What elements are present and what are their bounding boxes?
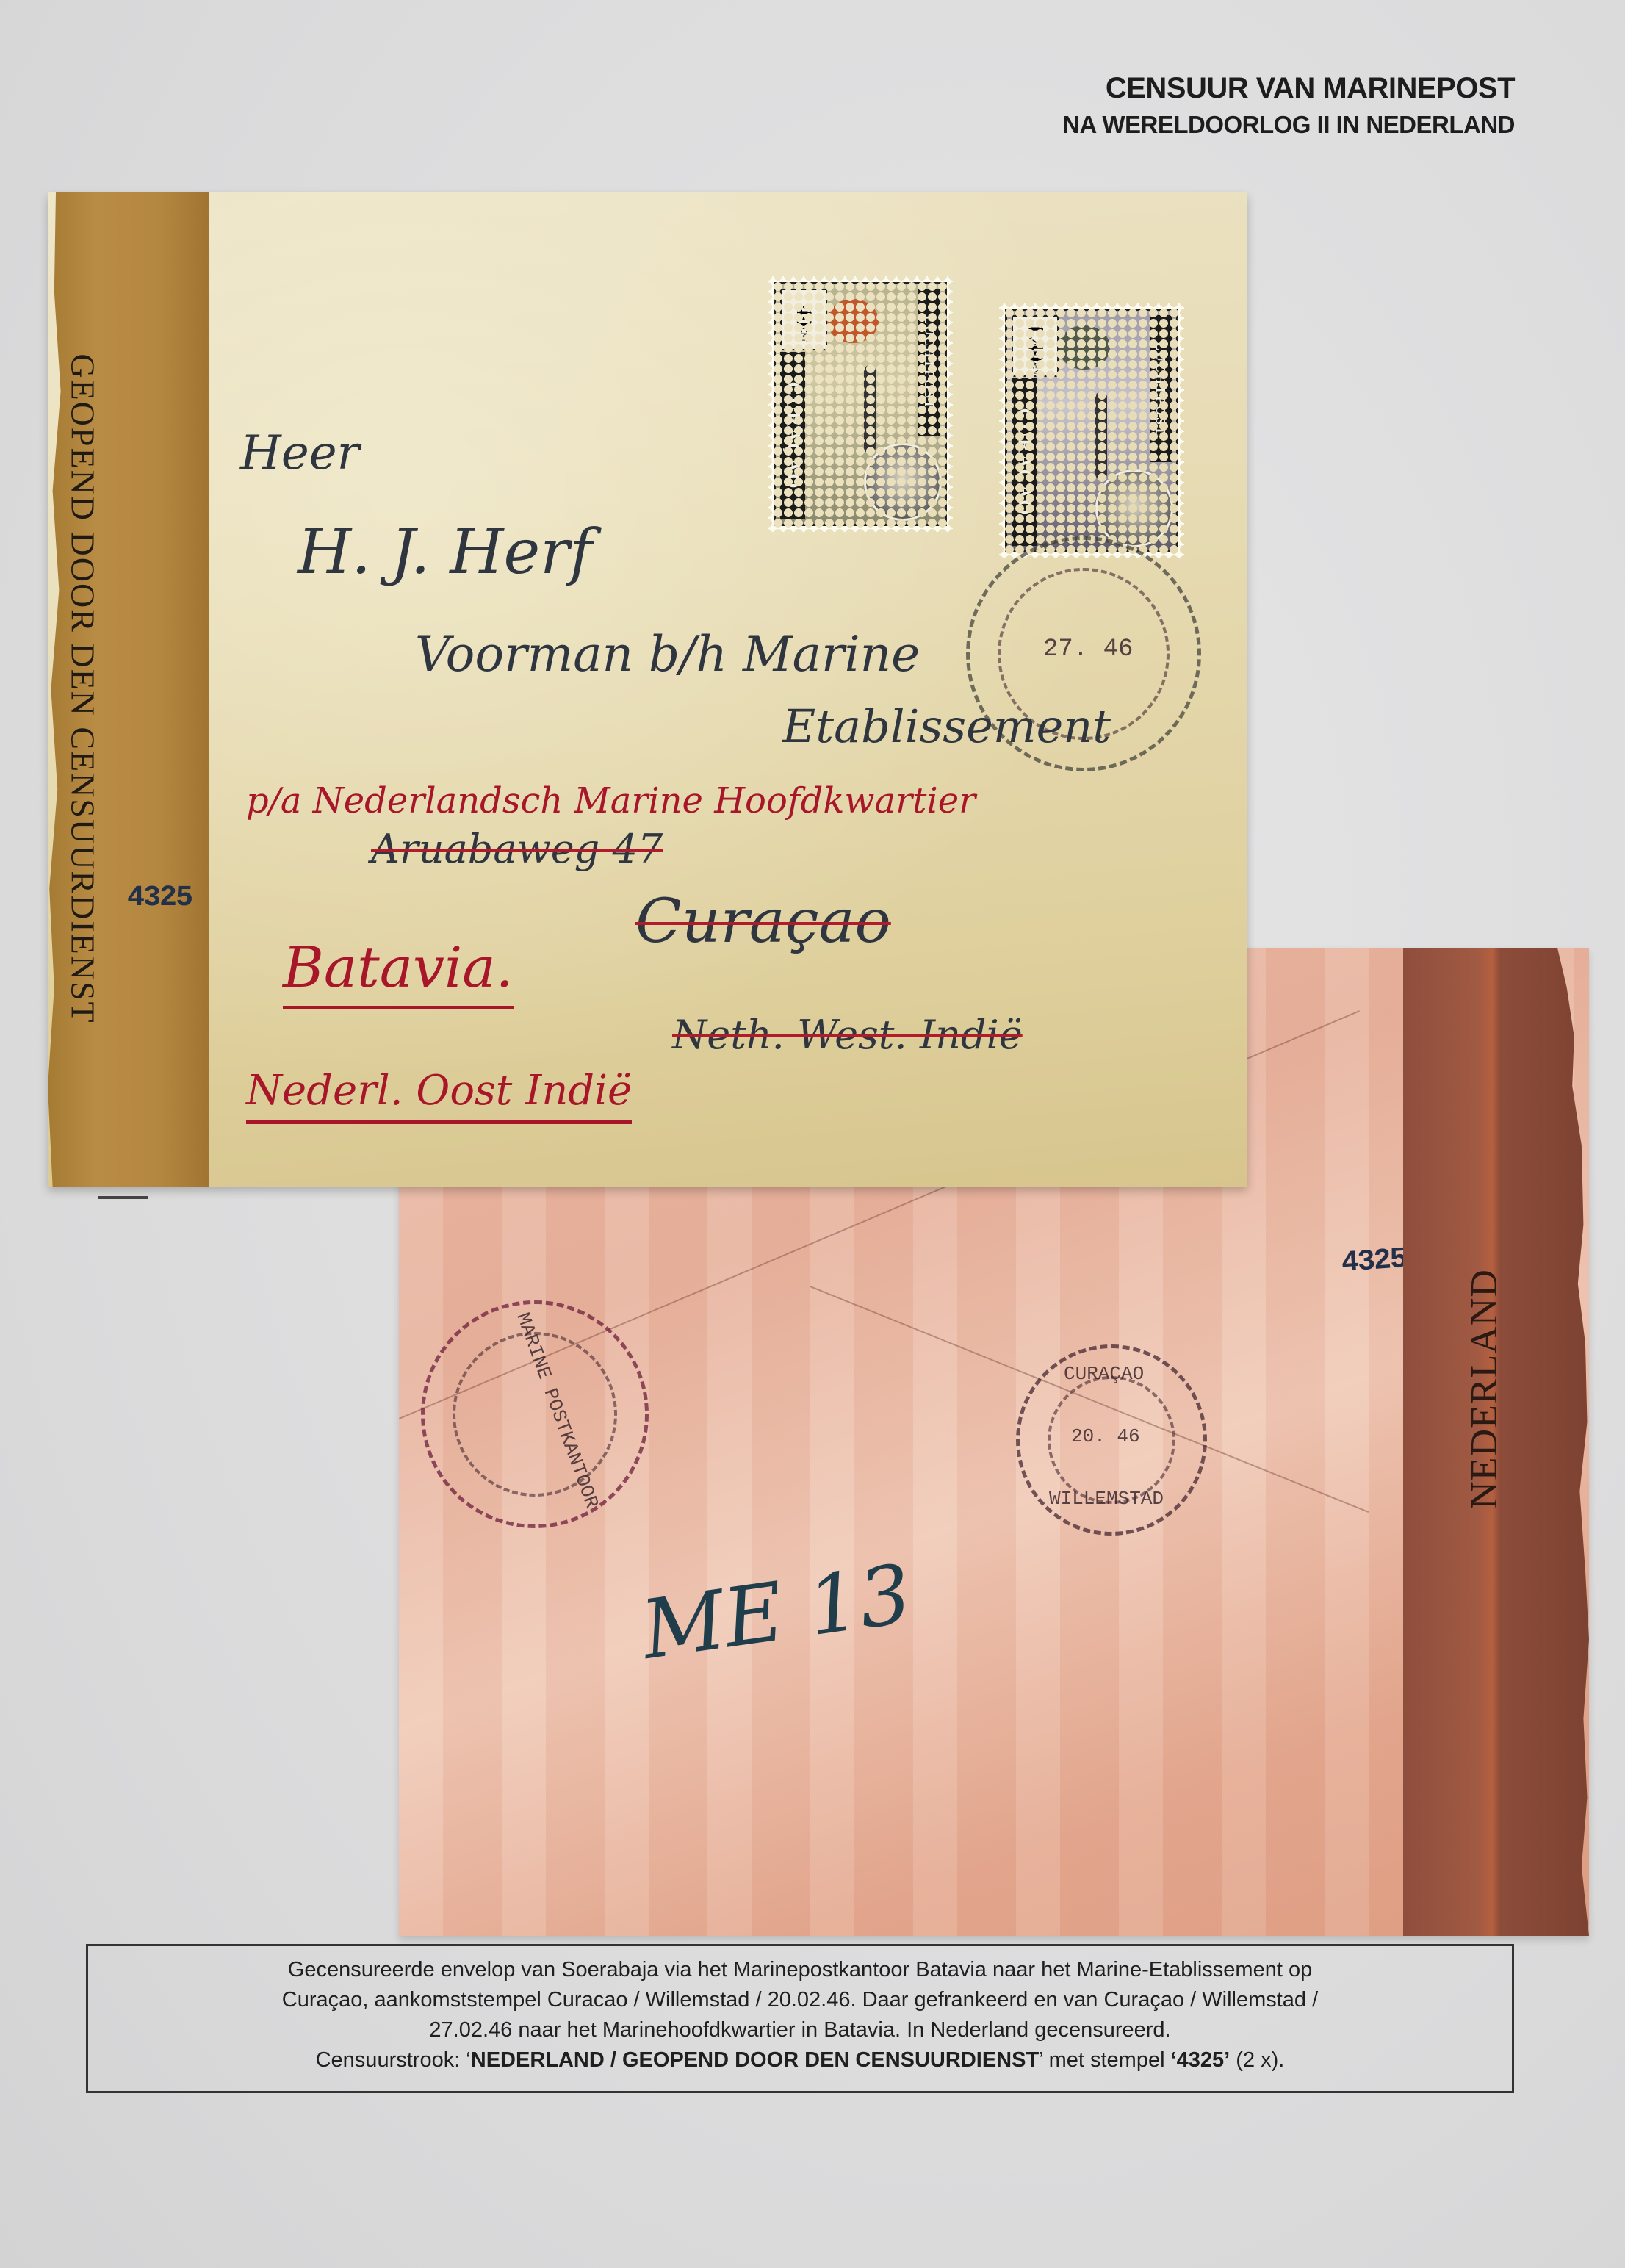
- stamp-1-40-gulden: 1.40 GULDEN CURAÇAO LUCHTPOST: [999, 303, 1184, 558]
- stamp-value-box: 40 CENT: [780, 289, 827, 350]
- page-header: CENSUUR VAN MARINEPOST NA WERELDOORLOG I…: [1062, 71, 1515, 140]
- description-caption: Gecensureerde envelop van Soerabaja via …: [86, 1944, 1514, 2093]
- censor-strip-label: NEDERLAND: [1462, 1205, 1506, 1572]
- page-title: CENSUUR VAN MARINEPOST: [1062, 71, 1515, 106]
- stamp-40-cent: 40 CENT CURAÇAO LUCHTPOST: [768, 276, 953, 532]
- address-redirect: p/a Nederlandsch Marine Hoofdkwartier: [246, 780, 976, 821]
- marine-postkantoor-postmark: MARINE POSTKANTOOR: [421, 1300, 649, 1528]
- page-subtitle: NA WERELDOORLOG II IN NEDERLAND: [1062, 110, 1515, 140]
- tree-illustration: [827, 299, 879, 343]
- address-new-region: Nederl. Oost Indië: [246, 1067, 632, 1124]
- address-line2: Etablissement: [782, 699, 1111, 753]
- censor-strip-label: GEOPEND DOOR DEN CENSUURDIENST: [54, 266, 112, 1111]
- tree-illustration: [1059, 325, 1110, 370]
- censor-number-stamp: 4325: [1341, 1243, 1408, 1281]
- address-new-city: Batavia.: [283, 935, 514, 1009]
- address-name: H. J. Herf: [298, 516, 592, 588]
- address-old-region: Neth. West. Indië: [672, 1012, 1023, 1058]
- airplane-icon: [1095, 392, 1107, 480]
- stamp-value-box: 1.40 GULDEN: [1012, 315, 1059, 377]
- address-struck-street: Aruabaweg 47: [371, 826, 663, 872]
- address-line1: Voorman b/h Marine: [415, 626, 920, 683]
- alignment-mark: [98, 1196, 148, 1199]
- front-envelope: GEOPEND DOOR DEN CENSUURDIENST 4325 40 C…: [48, 192, 1247, 1187]
- portrait-medallion: [1095, 469, 1173, 547]
- airplane-icon: [864, 365, 876, 453]
- curacao-arrival-postmark: CURAÇAO 20. 46 WILLEMSTAD: [1016, 1344, 1207, 1536]
- address-old-city: Curaçao: [635, 887, 891, 957]
- address-salutation: Heer: [240, 426, 359, 480]
- portrait-medallion: [864, 443, 942, 521]
- censor-number-stamp: 4325: [127, 882, 192, 915]
- handwritten-initials: ME 13: [636, 1547, 917, 1677]
